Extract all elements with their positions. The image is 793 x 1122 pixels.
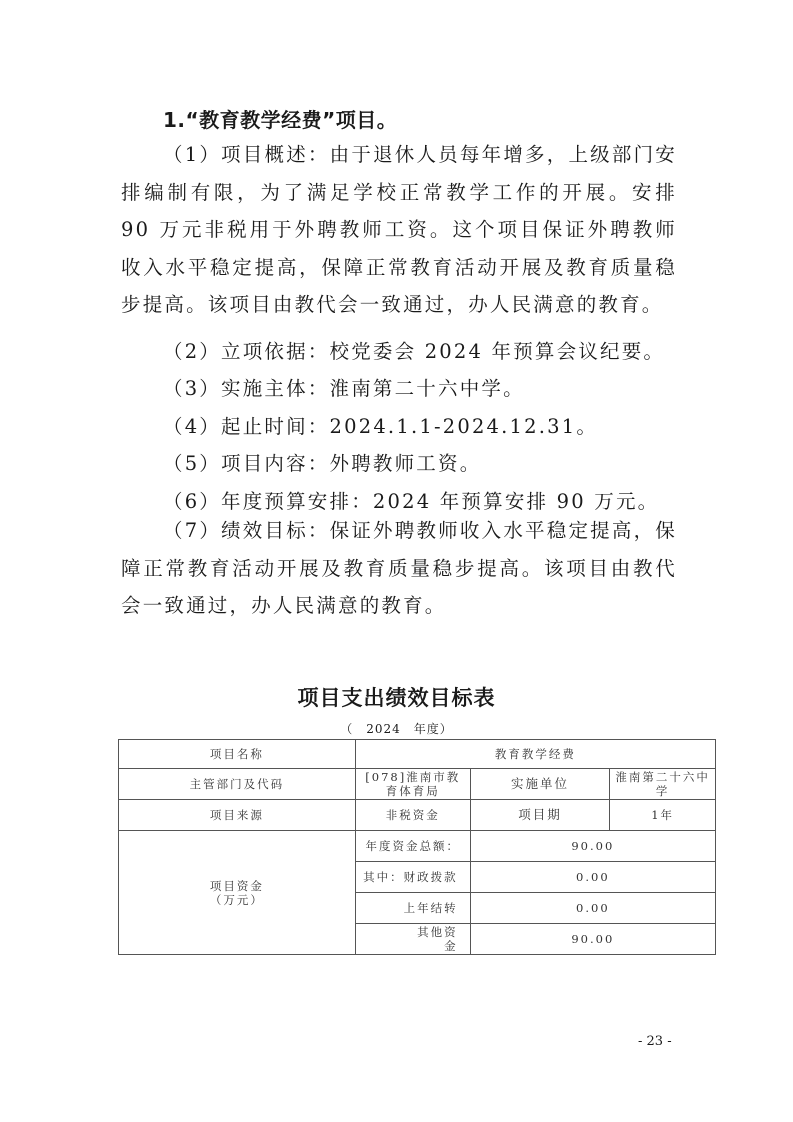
item-period: （4）起止时间：2024.1.1-2024.12.31。 [163,411,598,439]
section-heading: 1.“教育教学经费”项目。 [163,104,397,133]
period-value: 1年 [610,800,716,831]
funds-total-value: 90.00 [470,831,715,862]
impl-value: 淮南第二十六中学 [610,769,716,800]
source-value: 非税资金 [355,800,470,831]
item-budget: （6）年度预算安排：2024 年预算安排 90 万元。 [163,486,659,514]
source-label: 项目来源 [119,800,356,831]
overview-paragraph: （1）项目概述：由于退休人员每年增多，上级部门安排编制有限，为了满足学校正常教学… [121,136,677,324]
overview-label: （1）项目概述： [163,143,330,166]
dept-label: 主管部门及代码 [119,769,356,800]
funds-fiscal-label: 其中：财政拨款 [355,862,470,893]
goal-label: （7）绩效目标： [163,519,330,542]
document-page: 1.“教育教学经费”项目。 （1）项目概述：由于退休人员每年增多，上级部门安排编… [0,0,793,1122]
funds-carryover-value: 0.00 [470,893,715,924]
project-name-value: 教育教学经费 [355,740,715,769]
item-subject: （3）实施主体：淮南第二十六中学。 [163,373,525,401]
goal-paragraph: （7）绩效目标：保证外聘教师收入水平稳定提高，保障正常教育活动开展及教育质量稳步… [121,512,677,625]
overview-text: 由于退休人员每年增多，上级部门安排编制有限，为了满足学校正常教学工作的开展。安排… [121,143,677,316]
table-row: 项目资金（万元） 年度资金总额： 90.00 [119,831,716,862]
funds-other-label: 其他资金 [355,924,470,955]
table-row: 项目名称 教育教学经费 [119,740,716,769]
table-title: 项目支出绩效目标表 [0,682,793,712]
table-row: 主管部门及代码 [078]淮南市教育体育局 实施单位 淮南第二十六中学 [119,769,716,800]
funds-label: 项目资金（万元） [119,831,356,955]
impl-label: 实施单位 [470,769,610,800]
funds-other-value: 90.00 [470,924,715,955]
period-label: 项目期 [470,800,610,831]
funds-carryover-label: 上年结转 [355,893,470,924]
funds-fiscal-value: 0.00 [470,862,715,893]
funds-total-label: 年度资金总额： [355,831,470,862]
dept-value: [078]淮南市教育体育局 [355,769,470,800]
project-name-label: 项目名称 [119,740,356,769]
page-number: - 23 - [638,1034,672,1049]
performance-target-table: 项目名称 教育教学经费 主管部门及代码 [078]淮南市教育体育局 实施单位 淮… [118,739,716,955]
item-basis: （2）立项依据：校党委会 2024 年预算会议纪要。 [163,336,665,364]
table-row: 项目来源 非税资金 项目期 1年 [119,800,716,831]
item-content: （5）项目内容：外聘教师工资。 [163,448,481,476]
table-subtitle: （ 2024 年度） [0,720,793,737]
